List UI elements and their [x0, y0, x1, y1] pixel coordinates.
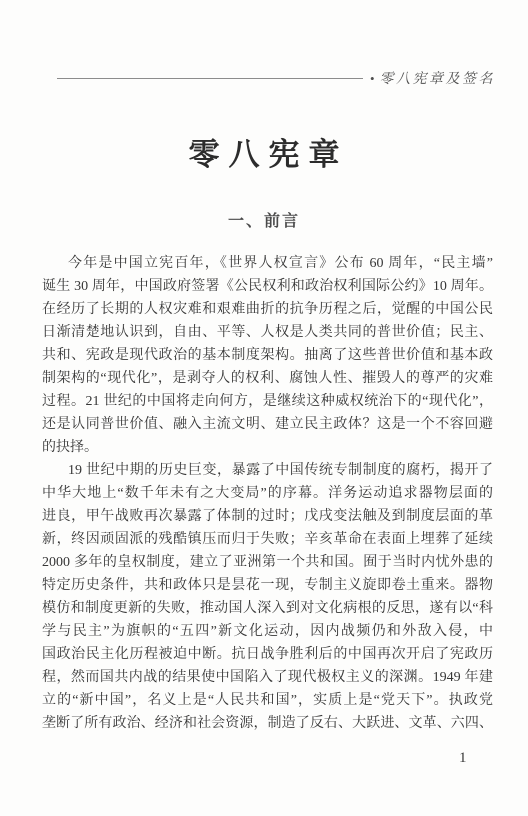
text-line: 在经历了长期的人权灾难和艰难曲折的抗争历程之后，觉醒的中国公民 — [42, 298, 493, 321]
bullet-separator-icon: • — [370, 72, 375, 85]
text-line: 特定历史条件，共和政体只是昙花一现，专制主义旋即卷土重来。器物 — [42, 574, 493, 597]
text-line: 今年是中国立宪百年，《世界人权宣言》公布 60 周年，“民主墙” — [42, 252, 493, 275]
text-line: 程，然而国共内战的结果使中国陷入了现代极权主义的深渊。1949 年建 — [42, 666, 493, 689]
header-rule — [57, 78, 363, 79]
text-line: 模仿和制度更新的失败，推动国人深入到对文化病根的反思，遂有以“科 — [42, 597, 493, 620]
text-line: 新，终因顽固派的残酷镇压而归于失败；辛亥革命在表面上埋葬了延续 — [42, 528, 493, 551]
text-line: 学与民主”为旗帜的“五四”新文化运动，因内战频仍和外敌入侵，中 — [42, 620, 493, 643]
text-line: 过程。21 世纪的中国将走向何方，是继续这种威权统治下的“现代化”， — [42, 390, 493, 413]
text-line: 立的“新中国”，名义上是“人民共和国”，实质上是“党天下”。执政党 — [42, 689, 493, 712]
text-line: 垄断了所有政治、经济和社会资源，制造了反右、大跃进、文革、六四、 — [42, 712, 493, 735]
text-line: 国政治民主化历程被迫中断。抗日战争胜利后的中国再次开启了宪政历 — [42, 643, 493, 666]
section-heading: 一、前言 — [0, 208, 528, 231]
text-line: 进良，甲午战败再次暴露了体制的过时；戊戌变法触及到制度层面的革 — [42, 505, 493, 528]
text-line: 诞生 30 周年，中国政府签署《公民权利和政治权利国际公约》10 周年。 — [42, 275, 493, 298]
text-line: 中华大地上“数千年未有之大变局”的序幕。洋务运动追求器物层面的 — [42, 482, 493, 505]
text-line: 日渐清楚地认识到，自由、平等、人权是人类共同的普世价值；民主、 — [42, 321, 493, 344]
body-text: 今年是中国立宪百年，《世界人权宣言》公布 60 周年，“民主墙”诞生 30 周年… — [42, 252, 493, 735]
running-header: • 零八宪章及签名 — [57, 68, 495, 88]
paragraph: 19 世纪中期的历史巨变，暴露了中国传统专制制度的腐朽，揭开了中华大地上“数千年… — [42, 459, 493, 735]
scanned-book-page: • 零八宪章及签名 零八宪章 一、前言 今年是中国立宪百年，《世界人权宣言》公布… — [0, 0, 528, 816]
text-line: 的抉择。 — [42, 436, 493, 459]
document-title: 零八宪章 — [0, 129, 528, 174]
text-line: 制架构的“现代化”，是剥夺人的权利、腐蚀人性、摧毁人的尊严的灾难 — [42, 367, 493, 390]
text-line: 共和、宪政是现代政治的基本制度架构。抽离了这些普世价值和基本政 — [42, 344, 493, 367]
text-line: 19 世纪中期的历史巨变，暴露了中国传统专制制度的腐朽，揭开了 — [42, 459, 493, 482]
text-line: 还是认同普世价值、融入主流文明、建立民主政体？这是一个不容回避 — [42, 413, 493, 436]
text-line: 2000 多年的皇权制度，建立了亚洲第一个共和国。囿于当时内忧外患的 — [42, 551, 493, 574]
running-header-title: 零八宪章及签名 — [380, 68, 496, 88]
paragraph: 今年是中国立宪百年，《世界人权宣言》公布 60 周年，“民主墙”诞生 30 周年… — [42, 252, 493, 459]
page-number: 1 — [459, 750, 467, 767]
